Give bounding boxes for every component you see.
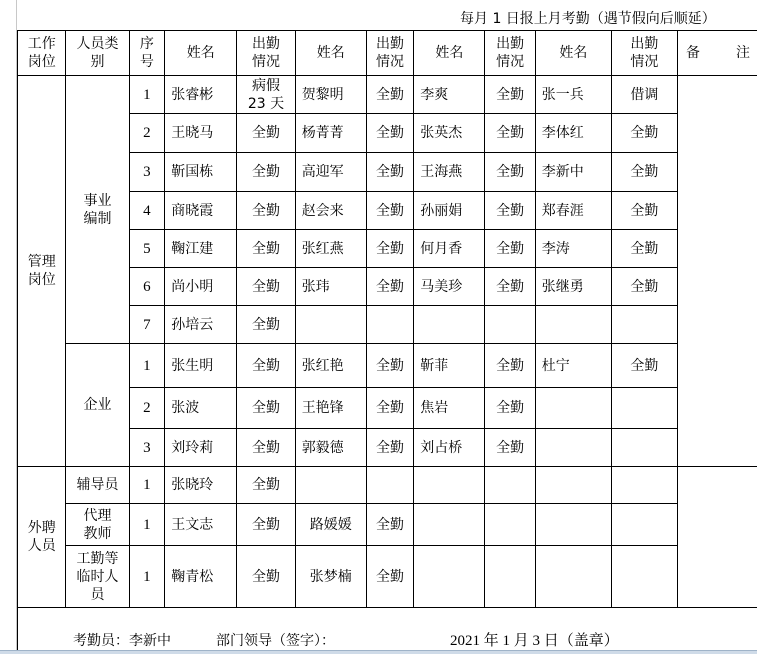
remark-cell-external xyxy=(677,467,757,608)
attendance-status: 全勤 xyxy=(366,114,413,153)
seq-number: 1 xyxy=(129,546,165,608)
employee-name: 尚小明 xyxy=(165,268,237,306)
attendance-status: 全勤 xyxy=(237,114,295,153)
attendance-status: 全勤 xyxy=(611,192,677,230)
attendance-status: 全勤 xyxy=(366,429,413,467)
attendance-status: 全勤 xyxy=(611,153,677,192)
table-row: 外聘人员辅导员1张晓玲全勤 xyxy=(18,467,757,504)
attendance-status: 全勤 xyxy=(485,153,535,192)
employee-name: 孙培云 xyxy=(165,306,237,344)
attendance-status: 全勤 xyxy=(485,388,535,429)
attendance-status: 全勤 xyxy=(485,114,535,153)
employee-name: 李体红 xyxy=(535,114,611,153)
employee-name: 张继勇 xyxy=(535,268,611,306)
employee-name: 孙丽娟 xyxy=(414,192,485,230)
header-remark: 备注 xyxy=(677,31,757,76)
seq-number: 3 xyxy=(129,429,165,467)
seq-number: 5 xyxy=(129,230,165,268)
attendance-status: 全勤 xyxy=(237,429,295,467)
attendance-status: 全勤 xyxy=(611,114,677,153)
employee-name xyxy=(535,546,611,608)
table-row: 4商晓霞全勤赵会来全勤孙丽娟全勤郑春涯全勤 xyxy=(18,192,757,230)
header-work-post: 工作岗位 xyxy=(18,31,66,76)
group-external: 外聘人员 xyxy=(18,467,66,608)
header-attendance-3: 出勤情况 xyxy=(485,31,535,76)
attendance-status: 全勤 xyxy=(237,467,295,504)
attendance-status: 全勤 xyxy=(366,344,413,388)
seq-number: 1 xyxy=(129,76,165,114)
table-row: 工勤等临时人员1鞠青松全勤张梦楠全勤 xyxy=(18,546,757,608)
attendance-status: 全勤 xyxy=(366,76,413,114)
employee-name: 高迎军 xyxy=(295,153,366,192)
attendance-status xyxy=(611,388,677,429)
employee-name: 鞠青松 xyxy=(165,546,237,608)
attendance-status: 全勤 xyxy=(485,268,535,306)
employee-name: 郑春涯 xyxy=(535,192,611,230)
employee-name: 焦岩 xyxy=(414,388,485,429)
employee-name: 张红艳 xyxy=(295,344,366,388)
attendance-status: 全勤 xyxy=(237,268,295,306)
attendance-status: 全勤 xyxy=(366,504,413,546)
employee-name: 王艳锋 xyxy=(295,388,366,429)
attendance-status: 全勤 xyxy=(366,546,413,608)
category-institution: 事业编制 xyxy=(66,76,129,344)
employee-name: 王文志 xyxy=(165,504,237,546)
attendance-status: 全勤 xyxy=(366,388,413,429)
employee-name: 靳菲 xyxy=(414,344,485,388)
header-staff-type: 人员类别 xyxy=(66,31,129,76)
seq-number: 2 xyxy=(129,114,165,153)
employee-name xyxy=(414,546,485,608)
employee-name: 张晓玲 xyxy=(165,467,237,504)
category-enterprise: 企业 xyxy=(66,344,129,467)
attendance-status xyxy=(611,306,677,344)
attendance-status: 借调 xyxy=(611,76,677,114)
attendance-clerk: 考勤员：李新中 xyxy=(73,632,171,650)
employee-name: 张英杰 xyxy=(414,114,485,153)
submission-note: 每月 1 日报上月考勤（遇节假向后顺延） xyxy=(460,8,716,28)
employee-name: 张波 xyxy=(165,388,237,429)
employee-name: 赵会来 xyxy=(295,192,366,230)
employee-name: 路媛媛 xyxy=(295,504,366,546)
category-counselor: 辅导员 xyxy=(66,467,129,504)
table-row: 3靳国栋全勤高迎军全勤王海燕全勤李新中全勤 xyxy=(18,153,757,192)
attendance-status: 全勤 xyxy=(485,192,535,230)
attendance-status xyxy=(485,546,535,608)
remark-cell-management xyxy=(677,76,757,467)
department-leader-signature: 部门领导（签字）： xyxy=(216,632,335,650)
employee-name: 商晓霞 xyxy=(165,192,237,230)
attendance-status: 全勤 xyxy=(485,429,535,467)
employee-name xyxy=(414,467,485,504)
seq-number: 2 xyxy=(129,388,165,429)
table-row: 2王晓马全勤杨菁菁全勤张英杰全勤李体红全勤 xyxy=(18,114,757,153)
table-row: 7孙培云全勤 xyxy=(18,306,757,344)
employee-name: 马美珍 xyxy=(414,268,485,306)
table-row: 代理教师1王文志全勤路媛媛全勤 xyxy=(18,504,757,546)
table-row: 管理岗位事业编制1张睿彬病假23 天贺黎明全勤李爽全勤张一兵借调 xyxy=(18,76,757,114)
header-name-3: 姓名 xyxy=(414,31,485,76)
attendance-status: 全勤 xyxy=(237,388,295,429)
attendance-status xyxy=(485,504,535,546)
employee-name: 张一兵 xyxy=(535,76,611,114)
employee-name xyxy=(414,504,485,546)
attendance-status: 全勤 xyxy=(485,230,535,268)
attendance-status: 全勤 xyxy=(237,306,295,344)
category-temporary-staff: 工勤等临时人员 xyxy=(66,546,129,608)
seq-number: 1 xyxy=(129,467,165,504)
window-bottom-edge xyxy=(0,650,757,654)
employee-name xyxy=(535,504,611,546)
attendance-status xyxy=(485,306,535,344)
employee-name: 刘占桥 xyxy=(414,429,485,467)
table-row: 3刘玲莉全勤郭毅德全勤刘占桥全勤 xyxy=(18,429,757,467)
employee-name: 鞠江建 xyxy=(165,230,237,268)
employee-name xyxy=(535,388,611,429)
table-row: 6尚小明全勤张玮全勤马美珍全勤张继勇全勤 xyxy=(18,268,757,306)
seq-number: 7 xyxy=(129,306,165,344)
employee-name: 靳国栋 xyxy=(165,153,237,192)
attendance-status: 全勤 xyxy=(237,546,295,608)
attendance-status: 全勤 xyxy=(237,230,295,268)
employee-name: 杨菁菁 xyxy=(295,114,366,153)
table-row: 企业1张生明全勤张红艳全勤靳菲全勤杜宁全勤 xyxy=(18,344,757,388)
attendance-status: 全勤 xyxy=(485,344,535,388)
employee-name xyxy=(414,306,485,344)
table-row: 2张波全勤王艳锋全勤焦岩全勤 xyxy=(18,388,757,429)
attendance-status: 全勤 xyxy=(237,192,295,230)
seq-number: 1 xyxy=(129,504,165,546)
employee-name: 张生明 xyxy=(165,344,237,388)
group-management: 管理岗位 xyxy=(18,76,66,467)
employee-name: 贺黎明 xyxy=(295,76,366,114)
attendance-status xyxy=(485,467,535,504)
header-attendance-4: 出勤情况 xyxy=(611,31,677,76)
header-seq: 序号 xyxy=(129,31,165,76)
sheet-gutter xyxy=(0,0,17,654)
attendance-table: 工作岗位 人员类别 序号 姓名 出勤情况 姓名 出勤情况 姓名 出勤情况 姓名 … xyxy=(17,30,757,654)
attendance-status xyxy=(611,429,677,467)
attendance-status xyxy=(611,504,677,546)
employee-name: 刘玲莉 xyxy=(165,429,237,467)
attendance-status: 全勤 xyxy=(237,153,295,192)
employee-name xyxy=(535,467,611,504)
employee-name: 李涛 xyxy=(535,230,611,268)
attendance-status: 全勤 xyxy=(485,76,535,114)
seq-number: 4 xyxy=(129,192,165,230)
employee-name: 张玮 xyxy=(295,268,366,306)
header-attendance-2: 出勤情况 xyxy=(366,31,413,76)
employee-name: 王海燕 xyxy=(414,153,485,192)
attendance-status: 病假23 天 xyxy=(237,76,295,114)
employee-name: 杜宁 xyxy=(535,344,611,388)
header-attendance-1: 出勤情况 xyxy=(237,31,295,76)
attendance-status xyxy=(611,467,677,504)
signature-line: 考勤员：李新中部门领导（签字）：2021 年 1 月 3 日（盖章） xyxy=(18,608,757,654)
header-name-2: 姓名 xyxy=(295,31,366,76)
table-row: 5鞠江建全勤张红燕全勤何月香全勤李涛全勤 xyxy=(18,230,757,268)
employee-name: 李爽 xyxy=(414,76,485,114)
attendance-status: 全勤 xyxy=(366,192,413,230)
header-row: 工作岗位 人员类别 序号 姓名 出勤情况 姓名 出勤情况 姓名 出勤情况 姓名 … xyxy=(18,31,757,76)
employee-name: 张睿彬 xyxy=(165,76,237,114)
header-name-4: 姓名 xyxy=(535,31,611,76)
employee-name xyxy=(535,429,611,467)
employee-name: 王晓马 xyxy=(165,114,237,153)
attendance-status xyxy=(366,306,413,344)
employee-name: 何月香 xyxy=(414,230,485,268)
attendance-status: 全勤 xyxy=(237,504,295,546)
attendance-status: 全勤 xyxy=(366,230,413,268)
attendance-status: 全勤 xyxy=(611,230,677,268)
attendance-status: 全勤 xyxy=(366,268,413,306)
employee-name: 李新中 xyxy=(535,153,611,192)
employee-name: 张红燕 xyxy=(295,230,366,268)
attendance-status: 全勤 xyxy=(237,344,295,388)
report-date: 2021 年 1 月 3 日（盖章） xyxy=(450,632,619,650)
employee-name xyxy=(295,467,366,504)
seq-number: 1 xyxy=(129,344,165,388)
attendance-status: 全勤 xyxy=(366,153,413,192)
header-name-1: 姓名 xyxy=(165,31,237,76)
footer-row: 考勤员：李新中部门领导（签字）：2021 年 1 月 3 日（盖章） xyxy=(18,608,757,654)
seq-number: 6 xyxy=(129,268,165,306)
category-substitute-teacher: 代理教师 xyxy=(66,504,129,546)
attendance-status: 全勤 xyxy=(611,268,677,306)
attendance-status: 全勤 xyxy=(611,344,677,388)
signature-area: 考勤员：李新中部门领导（签字）：2021 年 1 月 3 日（盖章） xyxy=(18,608,757,654)
seq-number: 3 xyxy=(129,153,165,192)
attendance-status xyxy=(366,467,413,504)
employee-name xyxy=(535,306,611,344)
employee-name xyxy=(295,306,366,344)
employee-name: 张梦楠 xyxy=(295,546,366,608)
employee-name: 郭毅德 xyxy=(295,429,366,467)
attendance-status xyxy=(611,546,677,608)
